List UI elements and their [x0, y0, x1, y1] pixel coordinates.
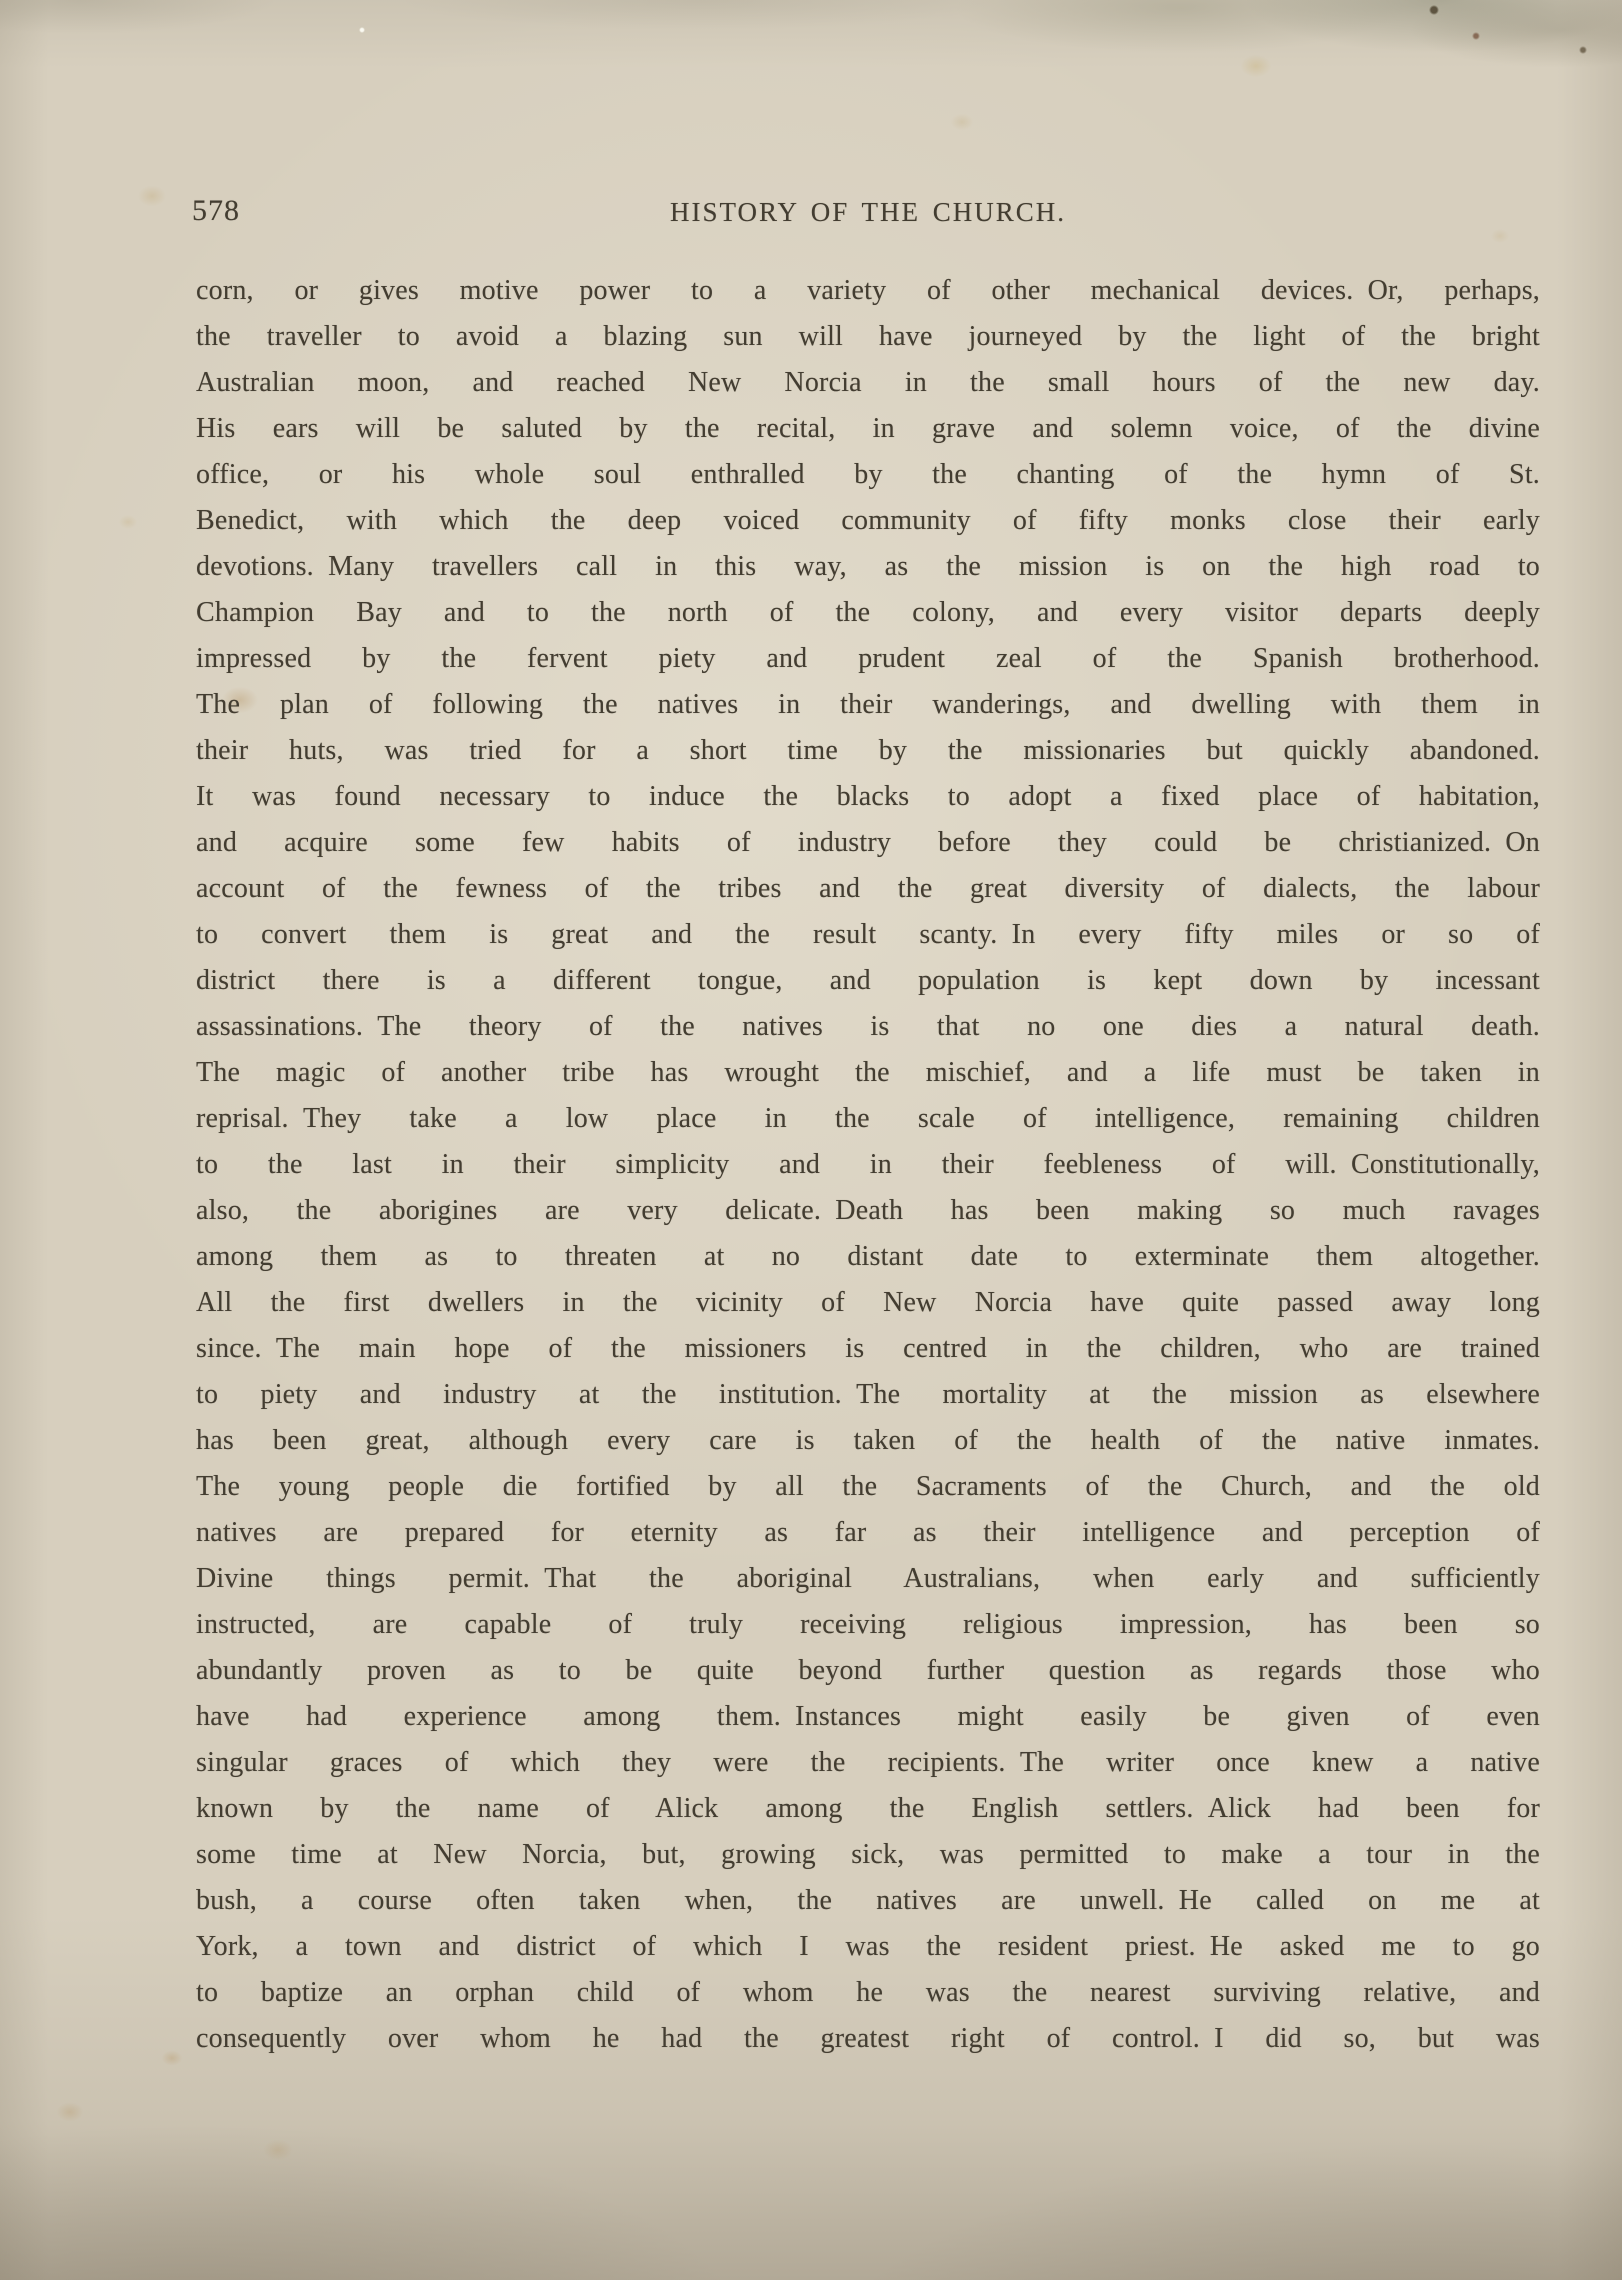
- text-line: account of the fewness of the tribes and…: [196, 866, 1540, 912]
- text-line: the traveller to avoid a blazing sun wil…: [196, 314, 1540, 360]
- text-line: to baptize an orphan child of whom he wa…: [196, 1970, 1540, 2016]
- text-line: instructed, are capable of truly receivi…: [196, 1602, 1540, 1648]
- text-line: bush, a course often taken when, the nat…: [196, 1878, 1540, 1924]
- text-line: natives are prepared for eternity as far…: [196, 1510, 1540, 1556]
- page-header: 578 HISTORY OF THE CHURCH.: [196, 194, 1540, 236]
- text-line: has been great, although every care is t…: [196, 1418, 1540, 1464]
- text-line: consequently over whom he had the greate…: [196, 2016, 1540, 2062]
- text-line: office, or his whole soul enthralled by …: [196, 452, 1540, 498]
- text-line: their huts, was tried for a short time b…: [196, 728, 1540, 774]
- text-line: The magic of another tribe has wrought t…: [196, 1050, 1540, 1096]
- text-line: Australian moon, and reached New Norcia …: [196, 360, 1540, 406]
- text-line: York, a town and district of which I was…: [196, 1924, 1540, 1970]
- body-text: corn, or gives motive power to a variety…: [196, 268, 1540, 2062]
- text-line: It was found necessary to induce the bla…: [196, 774, 1540, 820]
- text-line: singular graces of which they were the r…: [196, 1740, 1540, 1786]
- text-line: devotions. Many travellers call in this …: [196, 544, 1540, 590]
- text-line: All the first dwellers in the vicinity o…: [196, 1280, 1540, 1326]
- text-line: among them as to threaten at no distant …: [196, 1234, 1540, 1280]
- text-line: The plan of following the natives in the…: [196, 682, 1540, 728]
- text-line: also, the aborigines are very delicate. …: [196, 1188, 1540, 1234]
- text-line: reprisal. They take a low place in the s…: [196, 1096, 1540, 1142]
- text-line: to the last in their simplicity and in t…: [196, 1142, 1540, 1188]
- text-line: Benedict, with which the deep voiced com…: [196, 498, 1540, 544]
- text-line: His ears will be saluted by the recital,…: [196, 406, 1540, 452]
- text-line: The young people die fortified by all th…: [196, 1464, 1540, 1510]
- text-line: assassinations. The theory of the native…: [196, 1004, 1540, 1050]
- text-line: known by the name of Alick among the Eng…: [196, 1786, 1540, 1832]
- text-line: have had experience among them. Instance…: [196, 1694, 1540, 1740]
- text-line: some time at New Norcia, but, growing si…: [196, 1832, 1540, 1878]
- text-line: and acquire some few habits of industry …: [196, 820, 1540, 866]
- text-line: district there is a different tongue, an…: [196, 958, 1540, 1004]
- text-line: abundantly proven as to be quite beyond …: [196, 1648, 1540, 1694]
- text-line: to piety and industry at the institution…: [196, 1372, 1540, 1418]
- text-line: impressed by the fervent piety and prude…: [196, 636, 1540, 682]
- text-line: to convert them is great and the result …: [196, 912, 1540, 958]
- text-line: Divine things permit. That the aborigina…: [196, 1556, 1540, 1602]
- text-line: Champion Bay and to the north of the col…: [196, 590, 1540, 636]
- text-line: since. The main hope of the missioners i…: [196, 1326, 1540, 1372]
- text-line: corn, or gives motive power to a variety…: [196, 268, 1540, 314]
- running-title: HISTORY OF THE CHURCH.: [196, 197, 1540, 228]
- book-page: 578 HISTORY OF THE CHURCH. corn, or give…: [0, 0, 1622, 2280]
